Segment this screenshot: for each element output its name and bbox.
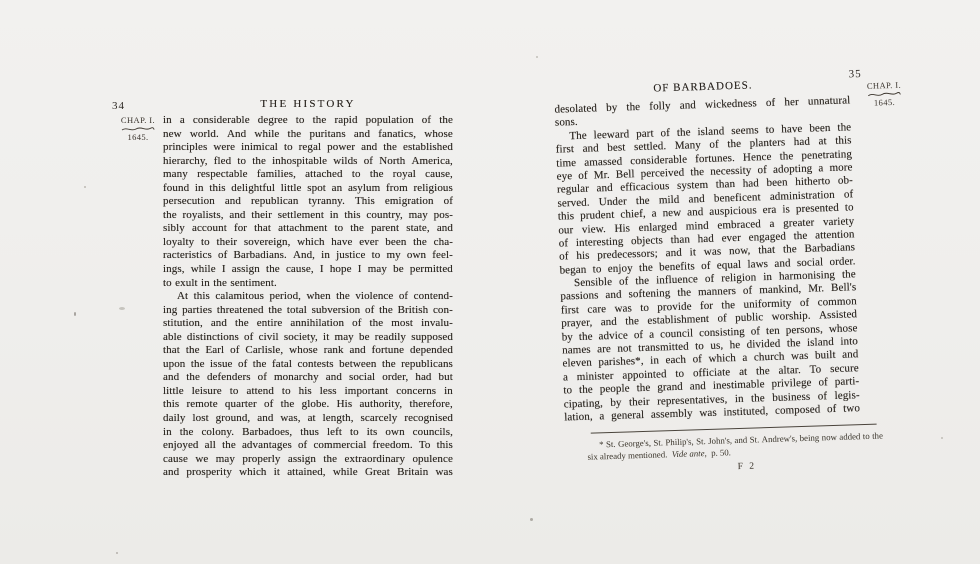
left-page-text: inaconsiderabledegreetotherapidpopulatio… <box>163 114 453 480</box>
year-label: 1645. <box>114 133 162 142</box>
footnote: *St.George's,St.Philip's,St.John's,andSt… <box>587 429 884 462</box>
text-line: inthecolony.Barbadoes,thuslefttoitsownco… <box>163 426 453 440</box>
scan-speck <box>536 56 538 58</box>
right-page-text: desolatedbythefollyandwickednessofherunn… <box>554 94 860 425</box>
running-header-left: THE HISTORY <box>163 98 453 110</box>
text-line: loyaltytotheirsovereign,whichhaveeverbee… <box>163 236 453 250</box>
text-line: newworld.Andwhilethepuritansandfanatics,… <box>163 128 453 142</box>
text-line: abledistinctionsofcivilsociety,itmaybere… <box>163 331 453 345</box>
right-page: OF BARBADOES. 35 CHAP. I. 1645. desolate… <box>545 64 939 516</box>
text-line: Atthiscalamitousperiod,whentheviolenceof… <box>163 290 453 304</box>
scan-speck <box>941 437 943 439</box>
scan-speck <box>116 552 118 554</box>
chapter-label: CHAP. I. <box>114 116 162 125</box>
text-line: thisremotequarteroftheglobe.Hisauthority… <box>163 398 453 412</box>
text-line: littleleisuretoattendtohislessimportantc… <box>163 385 453 399</box>
text-line: siblyaccountforthatattachmenttotheparent… <box>163 222 453 236</box>
page-number-left: 34 <box>112 100 125 112</box>
text-line: principleswereinimicaltoregalpowerandthe… <box>163 141 453 155</box>
margin-note-right: CHAP. I. 1645. <box>856 80 913 108</box>
scan-speck <box>74 312 76 316</box>
text-line: ingpartiesthreatenedthetotalsubversionof… <box>163 304 453 318</box>
margin-note-left: CHAP. I. 1645. <box>114 116 162 142</box>
text-line: upontheissueofthefatalcontestsbetweenthe… <box>163 358 453 372</box>
page-number-right: 35 <box>848 68 861 80</box>
text-line: racteristicsofBarbadians.And,injusticeto… <box>163 249 453 263</box>
text-line: andthedefendersofmonarchyandsocialorder,… <box>163 371 453 385</box>
running-header-right: OF BARBADOES. <box>554 76 852 97</box>
scan-speck <box>84 186 86 188</box>
text-line: inaconsiderabledegreetotherapidpopulatio… <box>163 114 453 128</box>
text-line: theroyalists,andtheirsettlementinthiscou… <box>163 209 453 223</box>
year-label: 1645. <box>856 97 912 108</box>
text-line: foundinthisdelightfullittlespotanasylumf… <box>163 182 453 196</box>
text-line: enjoyedalltheadvantagesofcommercialfreed… <box>163 439 453 453</box>
text-line: manyrespectablefamilies,attachedtotheroy… <box>163 168 453 182</box>
text-line: andprosperitywhichitattained,whileGreatB… <box>163 466 453 480</box>
text-line: hierarchy,fledtotheinhospitablewildsofNo… <box>163 155 453 169</box>
text-line: ings,whileIassignthecause,IhopeImaybeper… <box>163 263 453 277</box>
text-line: thattheEarlofCarlisle,whoserankandfortun… <box>163 344 453 358</box>
text-line: persecutionandrepublicantyranny.Thisemig… <box>163 195 453 209</box>
text-line: dailylostground,andwas,atlength,scarcely… <box>163 412 453 426</box>
text-line: toexultinthesentiment. <box>163 277 453 291</box>
text-line: stitution,andtheentireannihilationofthem… <box>163 317 453 331</box>
book-scan: 34 THE HISTORY CHAP. I. 1645. inaconside… <box>0 0 980 564</box>
left-page: 34 THE HISTORY CHAP. I. 1645. inaconside… <box>110 94 462 514</box>
chapter-label: CHAP. I. <box>856 80 912 91</box>
scan-speck <box>119 307 125 310</box>
scan-speck <box>530 518 533 521</box>
text-line: causewemayproperlyassigntheextraordinary… <box>163 453 453 467</box>
